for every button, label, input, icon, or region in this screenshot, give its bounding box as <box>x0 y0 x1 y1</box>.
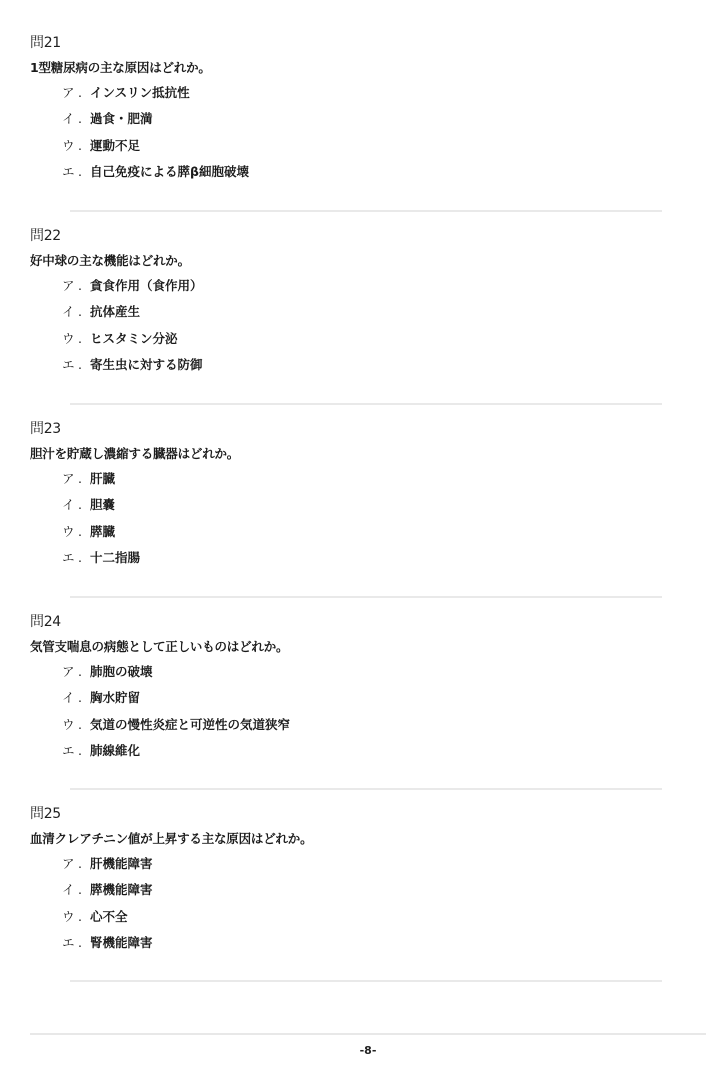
question-divider <box>70 210 662 212</box>
option-label: ア <box>62 84 78 102</box>
option-i[interactable]: イ.胸水貯留 <box>62 689 290 715</box>
option-e[interactable]: エ.十二指腸 <box>62 549 140 575</box>
option-separator: . <box>78 110 90 128</box>
option-a[interactable]: ア.肝臓 <box>62 470 140 496</box>
option-a[interactable]: ア.貪食作用（食作用） <box>62 277 203 303</box>
option-separator: . <box>78 742 90 760</box>
exam-page: 問21 1型糖尿病の主な原因はどれか。 ア.インスリン抵抗性 イ.過食・肥満 ウ… <box>0 0 726 1080</box>
option-text: ヒスタミン分泌 <box>90 331 178 346</box>
option-e[interactable]: エ.肺線維化 <box>62 742 290 768</box>
option-list: ア.インスリン抵抗性 イ.過食・肥満 ウ.運動不足 エ.自己免疫による膵β細胞破… <box>62 84 249 189</box>
question-text: 胆汁を貯蔵し濃縮する臓器はどれか。 <box>30 445 239 463</box>
option-separator: . <box>78 549 90 567</box>
option-i[interactable]: イ.過食・肥満 <box>62 110 249 136</box>
option-text: 自己免疫による膵β細胞破壊 <box>90 164 249 179</box>
option-list: ア.貪食作用（食作用） イ.抗体産生 ウ.ヒスタミン分泌 エ.寄生虫に対する防御 <box>62 277 203 382</box>
option-label: イ <box>62 110 78 128</box>
option-a[interactable]: ア.肺胞の破壊 <box>62 663 290 689</box>
option-separator: . <box>78 137 90 155</box>
option-e[interactable]: エ.寄生虫に対する防御 <box>62 356 203 382</box>
option-separator: . <box>78 689 90 707</box>
option-text: 腎機能障害 <box>90 935 153 950</box>
option-separator: . <box>78 908 90 926</box>
option-a[interactable]: ア.肝機能障害 <box>62 855 153 881</box>
question-divider <box>70 788 662 790</box>
option-label: エ <box>62 163 78 181</box>
option-text: 肝臓 <box>90 471 115 486</box>
option-label: イ <box>62 496 78 514</box>
option-separator: . <box>78 523 90 541</box>
option-i[interactable]: イ.抗体産生 <box>62 303 203 329</box>
option-text: 胆嚢 <box>90 497 115 512</box>
option-label: ウ <box>62 908 78 926</box>
option-separator: . <box>78 330 90 348</box>
option-label: エ <box>62 742 78 760</box>
option-separator: . <box>78 496 90 514</box>
option-separator: . <box>78 716 90 734</box>
option-label: ア <box>62 277 78 295</box>
option-e[interactable]: エ.腎機能障害 <box>62 934 153 960</box>
option-label: エ <box>62 934 78 952</box>
question-text: 好中球の主な機能はどれか。 <box>30 252 190 270</box>
option-label: イ <box>62 303 78 321</box>
option-text: 心不全 <box>90 909 128 924</box>
option-u[interactable]: ウ.膵臓 <box>62 523 140 549</box>
option-text: 運動不足 <box>90 138 140 153</box>
option-separator: . <box>78 855 90 873</box>
option-i[interactable]: イ.膵機能障害 <box>62 881 153 907</box>
question-text: 気管支喘息の病態として正しいものはどれか。 <box>30 638 288 656</box>
option-label: エ <box>62 356 78 374</box>
option-separator: . <box>78 84 90 102</box>
option-i[interactable]: イ.胆嚢 <box>62 496 140 522</box>
question-divider <box>70 980 662 982</box>
option-separator: . <box>78 277 90 295</box>
question-number: 問23 <box>30 420 61 438</box>
option-separator: . <box>78 470 90 488</box>
question-text: 血清クレアチニン値が上昇する主な原因はどれか。 <box>30 830 312 848</box>
option-a[interactable]: ア.インスリン抵抗性 <box>62 84 249 110</box>
option-text: 十二指腸 <box>90 550 140 565</box>
option-label: ウ <box>62 716 78 734</box>
option-text: 膵機能障害 <box>90 882 153 897</box>
option-text: 抗体産生 <box>90 304 140 319</box>
option-list: ア.肝臓 イ.胆嚢 ウ.膵臓 エ.十二指腸 <box>62 470 140 575</box>
question-number: 問24 <box>30 613 61 631</box>
option-list: ア.肝機能障害 イ.膵機能障害 ウ.心不全 エ.腎機能障害 <box>62 855 153 960</box>
question-divider <box>70 403 662 405</box>
option-label: ア <box>62 470 78 488</box>
question-number: 問22 <box>30 227 61 245</box>
option-text: 胸水貯留 <box>90 690 140 705</box>
option-separator: . <box>78 163 90 181</box>
option-separator: . <box>78 663 90 681</box>
option-text: インスリン抵抗性 <box>90 85 190 100</box>
question-divider <box>70 596 662 598</box>
page-number: -8- <box>0 1043 726 1059</box>
option-u[interactable]: ウ.ヒスタミン分泌 <box>62 330 203 356</box>
question-number: 問21 <box>30 34 61 52</box>
option-label: イ <box>62 689 78 707</box>
option-label: ア <box>62 855 78 873</box>
option-text: 気道の慢性炎症と可逆性の気道狭窄 <box>90 717 290 732</box>
option-label: ウ <box>62 137 78 155</box>
option-text: 過食・肥満 <box>90 111 153 126</box>
option-label: イ <box>62 881 78 899</box>
option-label: エ <box>62 549 78 567</box>
option-e[interactable]: エ.自己免疫による膵β細胞破壊 <box>62 163 249 189</box>
question-text: 1型糖尿病の主な原因はどれか。 <box>30 59 211 77</box>
option-separator: . <box>78 881 90 899</box>
option-separator: . <box>78 934 90 952</box>
option-text: 肺胞の破壊 <box>90 664 153 679</box>
option-text: 貪食作用（食作用） <box>90 278 203 293</box>
option-list: ア.肺胞の破壊 イ.胸水貯留 ウ.気道の慢性炎症と可逆性の気道狭窄 エ.肺線維化 <box>62 663 290 768</box>
option-label: ウ <box>62 330 78 348</box>
option-label: ウ <box>62 523 78 541</box>
footer-divider <box>30 1033 706 1035</box>
option-u[interactable]: ウ.心不全 <box>62 908 153 934</box>
option-text: 寄生虫に対する防御 <box>90 357 203 372</box>
option-u[interactable]: ウ.気道の慢性炎症と可逆性の気道狭窄 <box>62 716 290 742</box>
option-u[interactable]: ウ.運動不足 <box>62 137 249 163</box>
option-separator: . <box>78 356 90 374</box>
option-text: 肺線維化 <box>90 743 140 758</box>
option-text: 膵臓 <box>90 524 115 539</box>
option-text: 肝機能障害 <box>90 856 153 871</box>
option-label: ア <box>62 663 78 681</box>
option-separator: . <box>78 303 90 321</box>
question-number: 問25 <box>30 805 61 823</box>
